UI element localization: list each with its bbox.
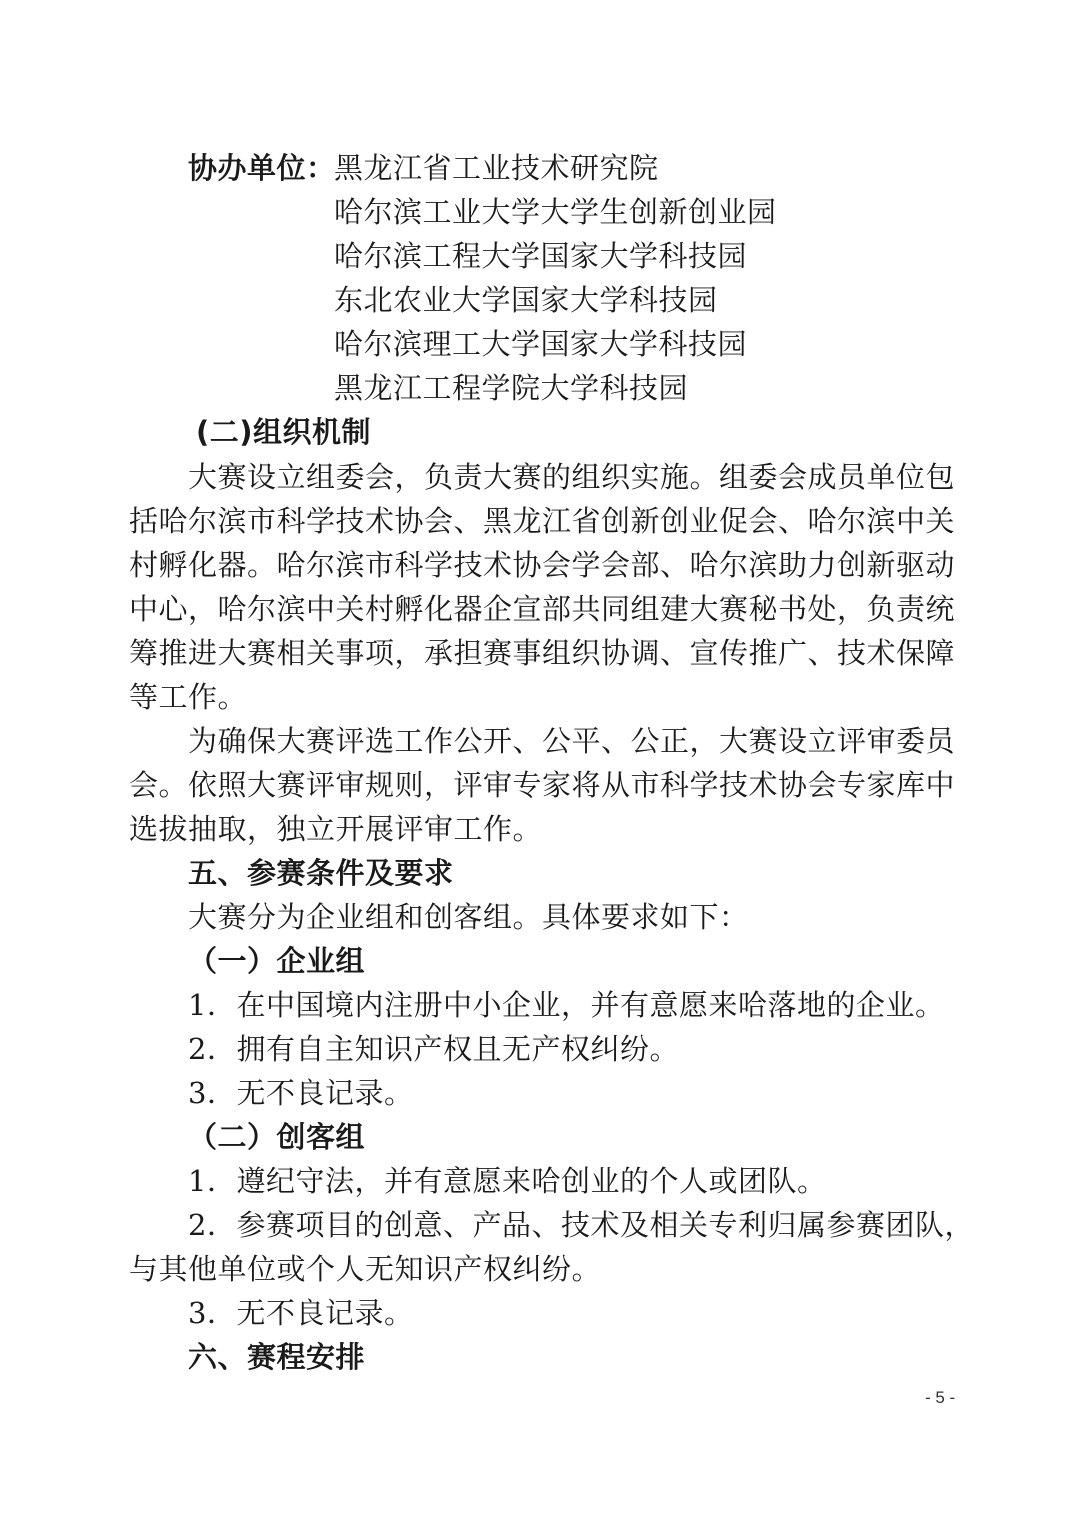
subsection-heading-enterprise: （一）企业组 [188, 939, 365, 983]
paragraph-line: 选拔抽取，独立开展评审工作。 [129, 807, 542, 851]
co-organizer-item: 东北农业大学国家大学科技园 [334, 278, 718, 322]
co-organizer-item: 黑龙江工程学院大学科技园 [334, 366, 688, 410]
co-organizer-item: 哈尔滨理工大学国家大学科技园 [334, 322, 747, 366]
list-item: 2．拥有自主知识产权且无产权纠纷。 [188, 1027, 679, 1071]
paragraph-line: 会。依照大赛评审规则，评审专家将从市科学技术协会专家库中 [129, 763, 947, 807]
list-item: 1．在中国境内注册中小企业，并有意愿来哈落地的企业。 [188, 983, 944, 1027]
paragraph-line: 括哈尔滨市科学技术协会、黑龙江省创新创业促会、哈尔滨中关 [129, 499, 947, 543]
section-heading-five: 五、参赛条件及要求 [188, 851, 454, 895]
co-organizer-item: 哈尔滨工程大学国家大学科技园 [334, 234, 747, 278]
paragraph-line: 村孵化器。哈尔滨市科学技术协会学会部、哈尔滨助力创新驱动 [129, 543, 947, 587]
co-organizers-label: 协办单位： [188, 146, 336, 190]
section-heading-six: 六、赛程安排 [188, 1335, 365, 1379]
subsection-heading-maker: （二）创客组 [188, 1115, 365, 1159]
document-page: 协办单位： 黑龙江省工业技术研究院 哈尔滨工业大学大学生创新创业园 哈尔滨工程大… [0, 0, 1080, 1527]
paragraph-line: 大赛设立组委会，负责大赛的组织实施。组委会成员单位包 [188, 455, 946, 499]
paragraph-line: 为确保大赛评选工作公开、公平、公正，大赛设立评审委员 [188, 719, 946, 763]
list-item: 3．无不良记录。 [188, 1291, 413, 1335]
list-item: 2．参赛项目的创意、产品、技术及相关专利归属参赛团队， [188, 1203, 946, 1247]
list-item: 1．遵纪守法，并有意愿来哈创业的个人或团队。 [188, 1159, 826, 1203]
list-item-continuation: 与其他单位或个人无知识产权纠纷。 [129, 1247, 601, 1291]
section-intro: 大赛分为企业组和创客组。具体要求如下： [188, 895, 749, 939]
page-number: - 5 - [925, 1388, 955, 1408]
co-organizer-item: 哈尔滨工业大学大学生创新创业园 [334, 190, 777, 234]
co-organizer-item: 黑龙江省工业技术研究院 [334, 146, 659, 190]
list-item: 3．无不良记录。 [188, 1071, 413, 1115]
paragraph-line: 等工作。 [129, 675, 247, 719]
paragraph-line: 中心，哈尔滨中关村孵化器企宣部共同组建大赛秘书处，负责统 [129, 587, 947, 631]
section-heading-org: (二)组织机制 [196, 410, 371, 454]
paragraph-line: 筹推进大赛相关事项，承担赛事组织协调、宣传推广、技术保障 [129, 631, 947, 675]
